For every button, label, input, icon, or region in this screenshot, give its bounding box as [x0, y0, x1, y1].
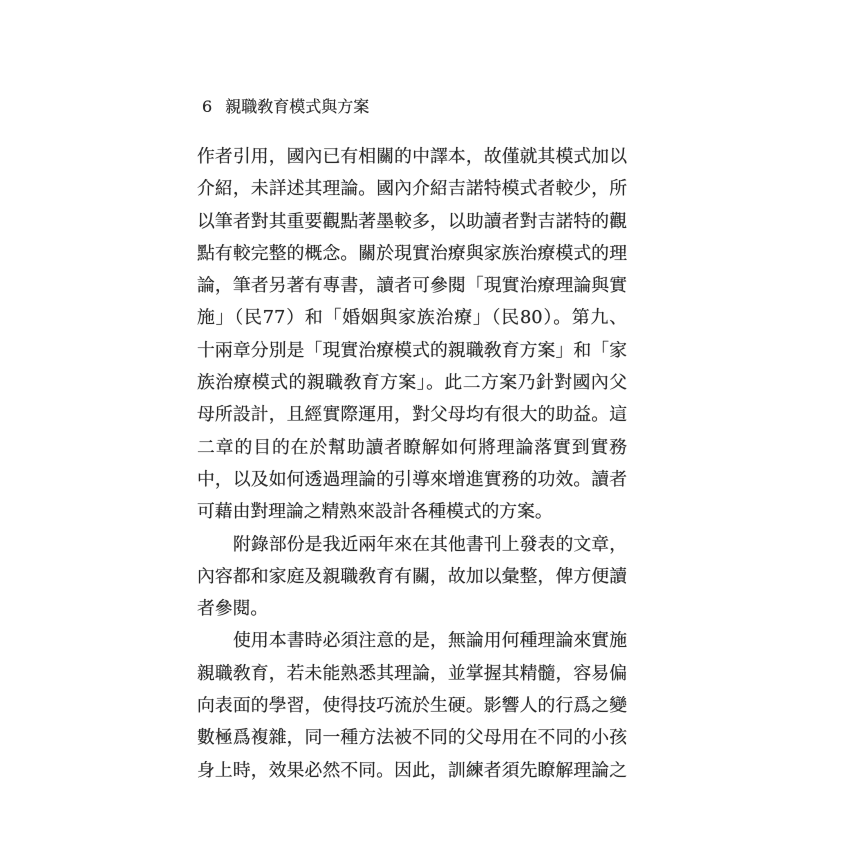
text-line: 論，筆者另著有專書，讀者可參閱「現實治療理論與實: [197, 270, 627, 302]
text-line: 母所設計，且經實際運用，對父母均有很大的助益。這: [197, 399, 627, 431]
text-line: 介紹，未詳述其理論。國內介紹吉諾特模式者較少，所: [197, 173, 627, 205]
body-text: 作者引用，國內已有相關的中譯本，故僅就其模式加以 介紹，未詳述其理論。國內介紹吉…: [197, 141, 627, 787]
text-line: 向表面的學習，使得技巧流於生硬。影響人的行爲之變: [197, 690, 627, 722]
text-line: 者參閱。: [197, 593, 627, 625]
text-line: 親職敎育，若未能熟悉其理論，並掌握其精髓，容易偏: [197, 658, 627, 690]
text-line: 以筆者對其重要觀點著墨較多，以助讀者對吉諾特的觀: [197, 206, 627, 238]
page-number: 6: [202, 96, 212, 118]
text-line: 施」（民77）和「婚姻與家族治療」（民80）。第九、: [197, 302, 627, 334]
text-line: 可藉由對理論之精熟來設計各種模式的方案。: [197, 496, 627, 528]
text-line-paragraph-start: 附錄部份是我近兩年來在其他書刊上發表的文章，: [197, 529, 627, 561]
text-line-paragraph-start: 使用本書時必須注意的是，無論用何種理論來實施: [197, 625, 627, 657]
book-page: 6親職敎育模式與方案 作者引用，國內已有相關的中譯本，故僅就其模式加以 介紹，未…: [0, 0, 850, 850]
text-line: 中，以及如何透過理論的引導來增進實務的功效。讀者: [197, 464, 627, 496]
text-line: 作者引用，國內已有相關的中譯本，故僅就其模式加以: [197, 141, 627, 173]
running-header-title: 親職敎育模式與方案: [225, 97, 369, 116]
running-header: 6親職敎育模式與方案: [202, 96, 369, 118]
text-line: 點有較完整的概念。關於現實治療與家族治療模式的理: [197, 238, 627, 270]
text-line: 十兩章分別是「現實治療模式的親職敎育方案」和「家: [197, 335, 627, 367]
text-line: 數極爲複雜，同一種方法被不同的父母用在不同的小孩: [197, 722, 627, 754]
text-line: 身上時，效果必然不同。因此，訓練者須先瞭解理論之: [197, 755, 627, 787]
text-line: 二章的目的在於幫助讀者瞭解如何將理論落實到實務: [197, 432, 627, 464]
text-line: 族治療模式的親職敎育方案」。此二方案乃針對國內父: [197, 367, 627, 399]
text-line: 內容都和家庭及親職敎育有關，故加以彙整，俾方便讀: [197, 561, 627, 593]
